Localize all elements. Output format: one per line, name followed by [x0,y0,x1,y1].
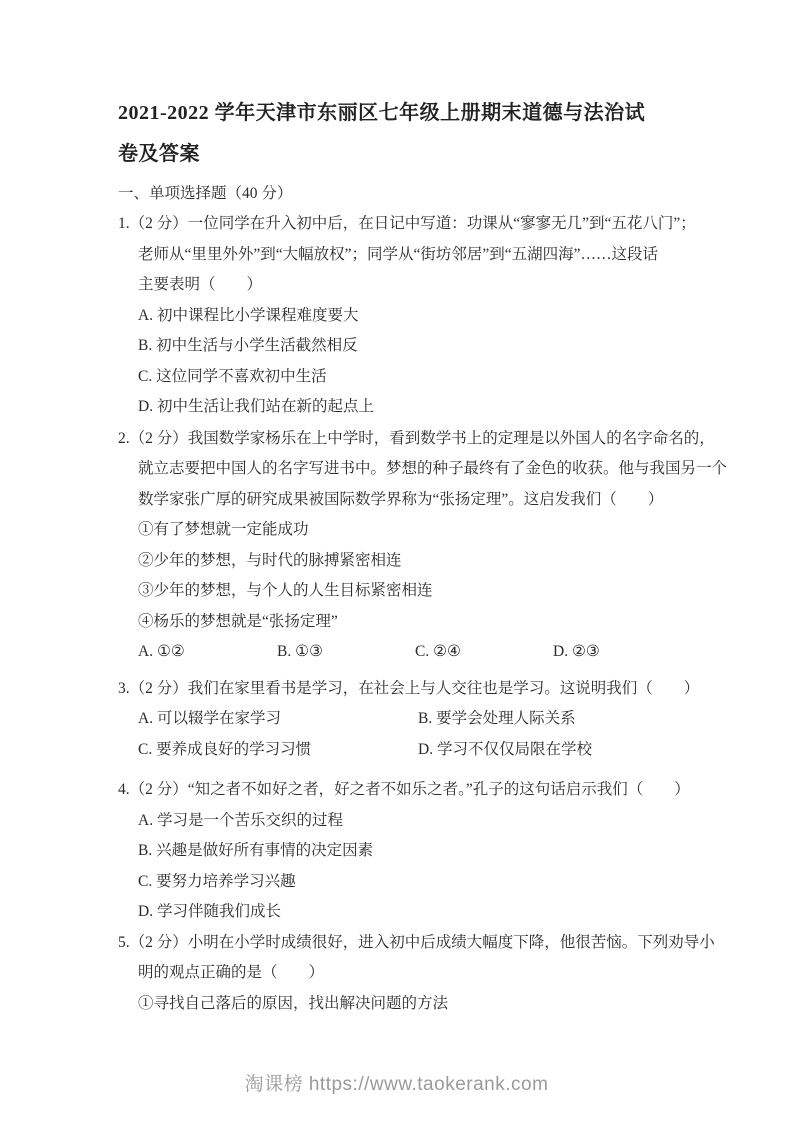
q4-stem-line-1: 4.（2 分）“知之者不如好之者，好之者不如乐之者。”孔子的这句话启示我们（ ） [118,775,683,806]
q3-option-d: D. 学习不仅仅局限在学校 [418,735,683,766]
page-title: 2021-2022 学年天津市东丽区七年级上册期末道德与法治试 卷及答案 [118,93,683,175]
q5-statement-1: ①寻找自己落后的原因，找出解决问题的方法 [118,989,683,1020]
q2-statement-2: ②少年的梦想，与时代的脉搏紧密相连 [118,546,683,577]
exam-document-page: 2021-2022 学年天津市东丽区七年级上册期末道德与法治试 卷及答案 一、单… [0,0,793,1122]
q4-option-a: A. 学习是一个苦乐交织的过程 [118,806,683,837]
q2-stem-line-3: 数学家张广厚的研究成果被国际数学界称为“张扬定理”。这启发我们（ ） [118,485,683,516]
q1-stem-line-1: 1.（2 分）一位同学在升入初中后，在日记中写道：功课从“寥寥无几”到“五花八门… [118,209,683,240]
q1-option-d: D. 初中生活让我们站在新的起点上 [118,392,683,423]
q1-option-b: B. 初中生活与小学生活截然相反 [118,331,683,362]
q2-option-c: C. ②④ [415,637,553,668]
q3-option-a: A. 可以辍学在家学习 [138,704,418,735]
q2-stem-line-1: 2.（2 分）我国数学家杨乐在上中学时，看到数学书上的定理是以外国人的名字命名的… [118,424,683,455]
title-line-2: 卷及答案 [118,134,683,175]
q2-statement-3: ③少年的梦想，与个人的人生目标紧密相连 [118,576,683,607]
q2-option-a: A. ①② [138,637,277,668]
q3-option-b: B. 要学会处理人际关系 [418,704,683,735]
q2-option-d: D. ②③ [553,637,683,668]
document-content: 2021-2022 学年天津市东丽区七年级上册期末道德与法治试 卷及答案 一、单… [118,93,683,1019]
q2-statement-4: ④杨乐的梦想就是“张扬定理” [118,607,683,638]
q4-option-b: B. 兴趣是做好所有事情的决定因素 [118,836,683,867]
q2-statement-1: ①有了梦想就一定能成功 [118,515,683,546]
q1-option-c: C. 这位同学不喜欢初中生活 [118,362,683,393]
q3-options-row-2: C. 要养成良好的学习习惯 D. 学习不仅仅局限在学校 [118,735,683,766]
question-3: 3.（2 分）我们在家里看书是学习，在社会上与人交往也是学习。这说明我们（ ） … [118,674,683,766]
question-5: 5.（2 分）小明在小学时成绩很好，进入初中后成绩大幅度下降，他很苦恼。下列劝导… [118,928,683,1020]
q2-option-b: B. ①③ [277,637,415,668]
q4-option-c: C. 要努力培养学习兴趣 [118,867,683,898]
q3-options-row-1: A. 可以辍学在家学习 B. 要学会处理人际关系 [118,704,683,735]
question-2: 2.（2 分）我国数学家杨乐在上中学时，看到数学书上的定理是以外国人的名字命名的… [118,424,683,668]
q5-stem-line-2: 明的观点正确的是（ ） [118,958,683,989]
question-4: 4.（2 分）“知之者不如好之者，好之者不如乐之者。”孔子的这句话启示我们（ ）… [118,775,683,928]
section-header: 一、单项选择题（40 分） [118,178,683,209]
watermark-footer: 淘课榜 https://www.taokerank.com [0,1072,793,1098]
q3-stem-line-1: 3.（2 分）我们在家里看书是学习，在社会上与人交往也是学习。这说明我们（ ） [118,674,683,705]
q5-stem-line-1: 5.（2 分）小明在小学时成绩很好，进入初中后成绩大幅度下降，他很苦恼。下列劝导… [118,928,683,959]
question-1: 1.（2 分）一位同学在升入初中后，在日记中写道：功课从“寥寥无几”到“五花八门… [118,209,683,423]
q1-stem-line-3: 主要表明（ ） [118,270,683,301]
q2-options-row: A. ①② B. ①③ C. ②④ D. ②③ [118,637,683,668]
q1-stem-line-2: 老师从“里里外外”到“大幅放权”；同学从“街坊邻居”到“五湖四海”……这段话 [118,240,683,271]
q3-option-c: C. 要养成良好的学习习惯 [138,735,418,766]
q4-option-d: D. 学习伴随我们成长 [118,897,683,928]
title-line-1: 2021-2022 学年天津市东丽区七年级上册期末道德与法治试 [118,93,683,134]
q2-stem-line-2: 就立志要把中国人的名字写进书中。梦想的种子最终有了金色的收获。他与我国另一个 [118,454,683,485]
q1-option-a: A. 初中课程比小学课程难度要大 [118,301,683,332]
